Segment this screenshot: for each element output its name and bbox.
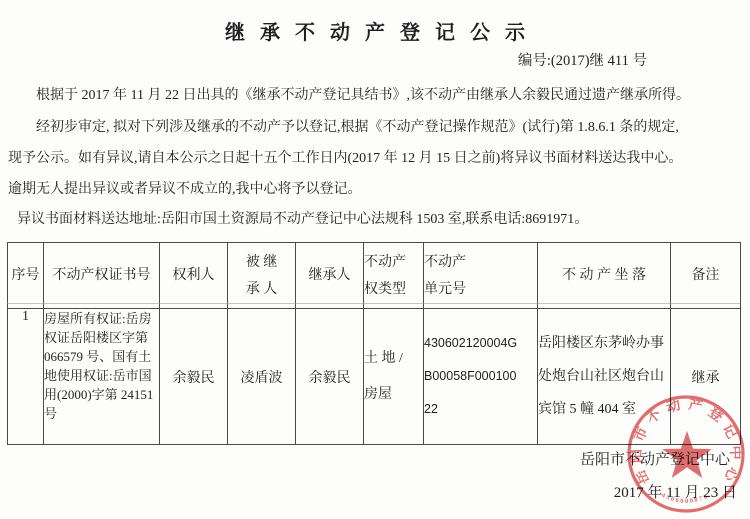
cell-seq: 1 bbox=[8, 309, 44, 445]
column-header-cert-no: 不动产权证书号 bbox=[44, 243, 160, 309]
cell-right-holder: 余毅民 bbox=[160, 309, 228, 445]
scan-artifact-line bbox=[7, 303, 740, 304]
cell-unit-no: 430602120004G B00058F000100 22 bbox=[424, 309, 538, 445]
column-header-property-type: 不动产 权类型 bbox=[364, 243, 424, 309]
notice-body-line-2: 现予公示。如有异议,请自本公示之日起十五个工作日内(2017 年 12 月 15… bbox=[8, 143, 744, 174]
cell-cert-no: 房屋所有权证:岳房权证岳阳楼区字第 066579 号、国有土地使用权证:岳市国用… bbox=[44, 309, 160, 445]
seal-code: 4306000076 bbox=[660, 492, 709, 505]
table-header-row: 序号 不动产权证书号 权利人 被 继 承 人 继承人 不动产 权类型 不动产 单… bbox=[8, 243, 741, 309]
notice-body-line-3: 逾期无人提出异议或者异议不成立的,我中心将予以登记。 bbox=[8, 174, 744, 205]
cell-decedent: 凌盾波 bbox=[228, 309, 296, 445]
notice-paragraph-contact: 异议书面材料送达地址:岳阳市国土资源局不动产登记中心法规科 1503 室,联系电… bbox=[8, 204, 750, 235]
notice-body-line-1: 经初步审定, 拟对下列涉及继承的不动产予以登记,根据《不动产登记操作规范》(试行… bbox=[8, 112, 744, 143]
notice-paragraph-basis: 根据于 2017 年 11 月 22 日出具的《继承不动产登记具结书》,该不动产… bbox=[8, 80, 744, 111]
inheritance-notice-document: 继承不动产登记公示 编号:(2017)继 411 号 根据于 2017 年 11… bbox=[0, 0, 750, 519]
seal-star-icon bbox=[662, 431, 711, 478]
cell-heir: 余毅民 bbox=[296, 309, 364, 445]
seal-code-wrap: 4306000076 bbox=[660, 492, 709, 505]
cell-property-type: 土 地 / 房屋 bbox=[364, 309, 424, 445]
column-header-heir: 继承人 bbox=[296, 243, 364, 309]
column-header-unit-no: 不动产 单元号 bbox=[424, 243, 538, 309]
official-seal: 岳阳市不动产登记中心 4306000076 bbox=[612, 380, 750, 519]
column-header-decedent: 被 继 承 人 bbox=[228, 243, 296, 309]
doc-number: 编号:(2017)继 411 号 bbox=[518, 49, 647, 70]
page-title: 继承不动产登记公示 bbox=[0, 16, 750, 45]
column-header-remark: 备注 bbox=[671, 243, 741, 309]
column-header-location: 不 动 产 坐 落 bbox=[538, 243, 671, 309]
column-header-seq: 序号 bbox=[8, 243, 44, 309]
notice-paragraph-body: 经初步审定, 拟对下列涉及继承的不动产予以登记,根据《不动产登记操作规范》(试行… bbox=[8, 112, 744, 205]
column-header-right-holder: 权利人 bbox=[160, 243, 228, 309]
